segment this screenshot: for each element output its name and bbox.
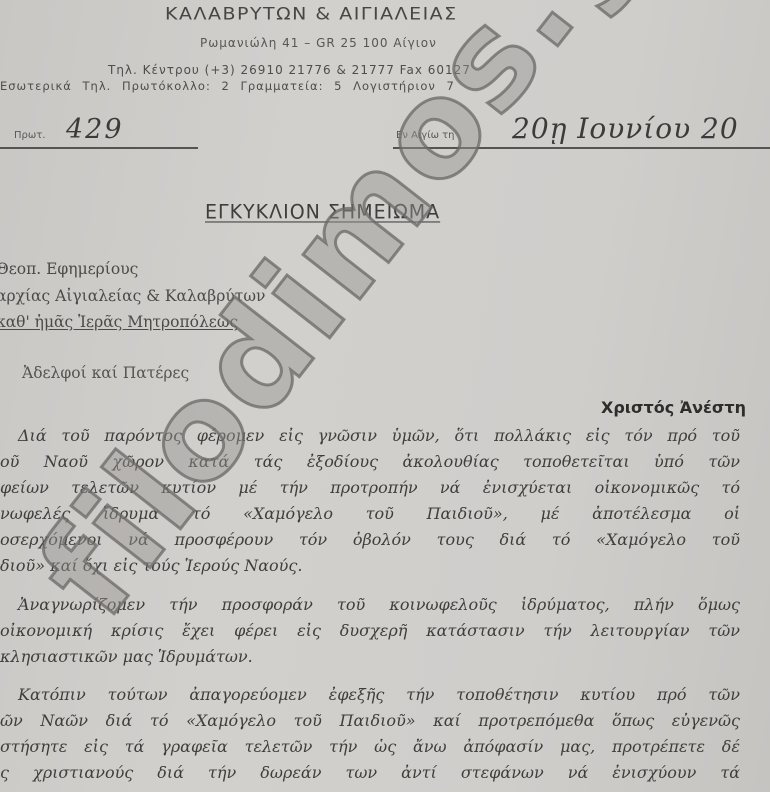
body-line: στήσητε εἰς τά γραφεῖα τελετῶν τήν ὡς ἄν… xyxy=(0,737,740,756)
easter-greeting: Χριστός Ἀνέστη xyxy=(601,398,746,417)
protocol-field-line xyxy=(0,147,198,149)
salutation: Ἀδελφοί καί Πατέρες xyxy=(22,364,189,382)
body-line: ῶν Ναῶν διά τό «Χαμόγελο τοῦ Παιδιοῦ» κα… xyxy=(0,711,740,730)
body-line: οῦ Ναοῦ χῶρον κατά τάς ἐξοδίους ἀκολουθί… xyxy=(0,452,740,471)
recipient-line: αρχίας Αἰγιαλείας & Καλαβρύτων xyxy=(0,287,265,305)
document-title: ΕΓΚΥΚΛΙΟΝ ΣΗΜΕΙΩΜΑ xyxy=(205,200,440,223)
letterhead-address: Ρωμανιώλη 41 – GR 25 100 Αίγιον xyxy=(200,36,437,50)
scanned-document-page: ΚΑΛΑΒΡΥΤΩΝ & ΑΙΓΙΑΛΕΙΑΣ Ρωμανιώλη 41 – G… xyxy=(0,0,770,792)
body-line: Ἀναγνωρίζομεν τήν προσφοράν τοῦ κοινωφελ… xyxy=(0,595,740,614)
letterhead-metropolis-name: ΚΑΛΑΒΡΥΤΩΝ & ΑΙΓΙΑΛΕΙΑΣ xyxy=(165,4,458,24)
body-line: Διά τοῦ παρόντος φέρομεν εἰς γνῶσιν ὑμῶν… xyxy=(0,426,740,445)
recipient-line: Θεοπ. Εφημερίους xyxy=(0,260,138,278)
protocol-label: Πρωτ. xyxy=(14,130,45,141)
letterhead-phone: Τηλ. Κέντρου (+3) 26910 21776 & 21777 Fa… xyxy=(108,63,471,77)
body-line: φείων τελετῶν κυτίον μέ τήν προτροπήν νά… xyxy=(0,478,740,497)
date-handwritten: 20ῃ Ιουνίου 20 xyxy=(512,112,739,145)
body-line: Κατόπιν τούτων ἀπαγορεύομεν ἐφεξῆς τήν τ… xyxy=(0,685,740,704)
date-field-line xyxy=(393,147,770,149)
body-line: οἰκονομική κρίσις ἔχει φέρει εἰς δυσχερῆ… xyxy=(0,621,740,640)
date-label: Εν Αιγίω τη xyxy=(396,130,455,141)
body-line: οσερχόμενοι νά προσφέρουν τόν ὀβολόν του… xyxy=(0,530,740,549)
body-line: διοῦ» καί ὄχι εἰς τούς Ἱερούς Ναούς. xyxy=(0,556,740,575)
body-line: ς χριστιανούς διά τήν δωρεάν των ἀντί στ… xyxy=(0,763,740,782)
recipient-line: καθ' ἡμᾶς Ἱερᾶς Μητροπόλεως xyxy=(0,313,238,331)
letterhead-internal-extensions: Εσωτερικά Τηλ. Πρωτόκολλο: 2 Γραμματεία:… xyxy=(0,79,455,93)
body-line: κλησιαστικῶν μας Ἱδρυμάτων. xyxy=(0,647,740,666)
protocol-number-handwritten: 429 xyxy=(66,114,124,145)
body-line: νωφελές ἵδρυμα τό «Χαμόγελο τοῦ Παιδιοῦ»… xyxy=(0,504,740,523)
